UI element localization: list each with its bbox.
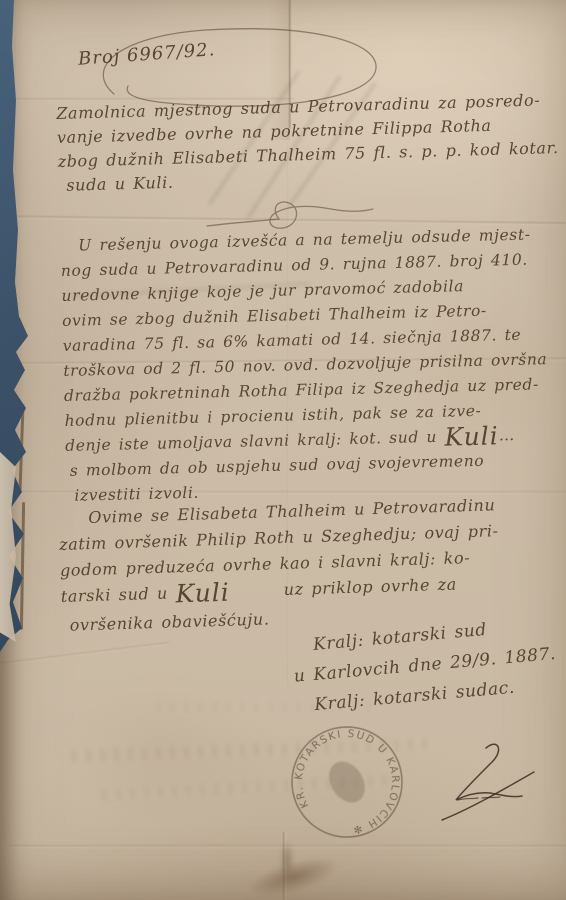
- emphasized-word-kuli: Kuli: [444, 421, 499, 451]
- pen-gap: [230, 595, 284, 597]
- judge-signature: [428, 738, 540, 828]
- document-paper: Broj 6967/92. Zamolnica mjestnog suda u …: [0, 0, 566, 900]
- line-text: tarski sud u: [61, 583, 176, 606]
- notification-paragraph: Ovime se Elisabeta Thalheim u Petrovarad…: [58, 492, 502, 639]
- binding-stitch: [18, 404, 24, 494]
- binding-stitch: [20, 502, 25, 630]
- fold-crease-corner: [0, 642, 169, 666]
- seal-coat-of-arms: [322, 755, 372, 809]
- torn-edge-flap: [0, 452, 16, 642]
- line-text: uz priklop ovrhe za: [283, 575, 457, 599]
- court-seal-stamp: KR. KOTARSKI SUD U KARLOVCIH ✻: [267, 702, 427, 862]
- center-tear-bottom: [283, 832, 286, 900]
- photo-background: Broj 6967/92. Zamolnica mjestnog suda u …: [0, 0, 566, 900]
- trailing-dots: …: [498, 426, 515, 444]
- fold-crease-bottom: [10, 845, 566, 848]
- body-paragraph: U rešenju ovoga izvešća a na temelju ods…: [60, 222, 551, 509]
- emphasized-word-kuli: Kuli: [175, 578, 230, 609]
- subject-paragraph: Zamolnica mjestnog suda u Petrovaradinu …: [56, 88, 560, 198]
